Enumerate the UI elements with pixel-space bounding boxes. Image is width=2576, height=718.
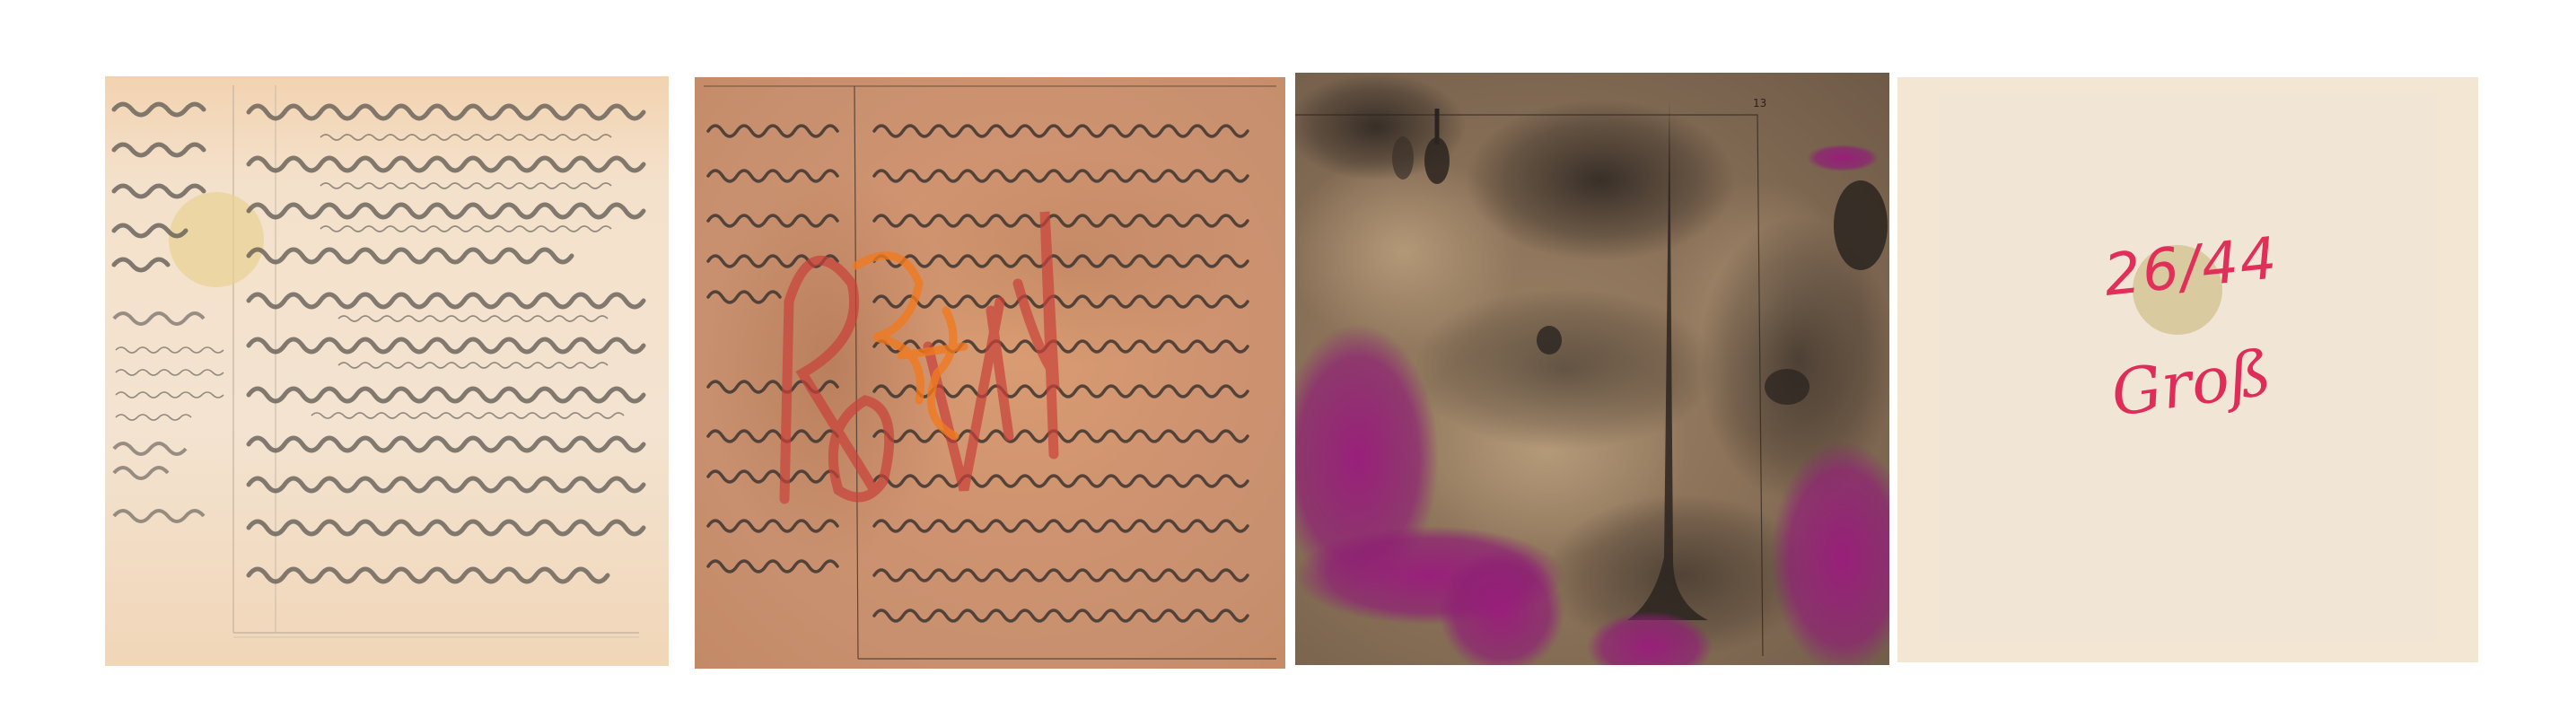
ink-script-crayon-drawing [695, 77, 1285, 669]
pencil-script-drawing [105, 76, 669, 666]
artwork-panel-1-pencil-letter [105, 76, 669, 666]
artwork-panel-3-ink-wash: 13 [1295, 73, 1889, 665]
artwork-panel-2-crayon-letter [695, 77, 1285, 669]
page-number: 13 [1753, 97, 1766, 109]
artwork-panel-4-signed-verso: 26/44 Groß [1897, 77, 2478, 662]
ink-wash-abstract-drawing: 13 [1295, 73, 1889, 665]
